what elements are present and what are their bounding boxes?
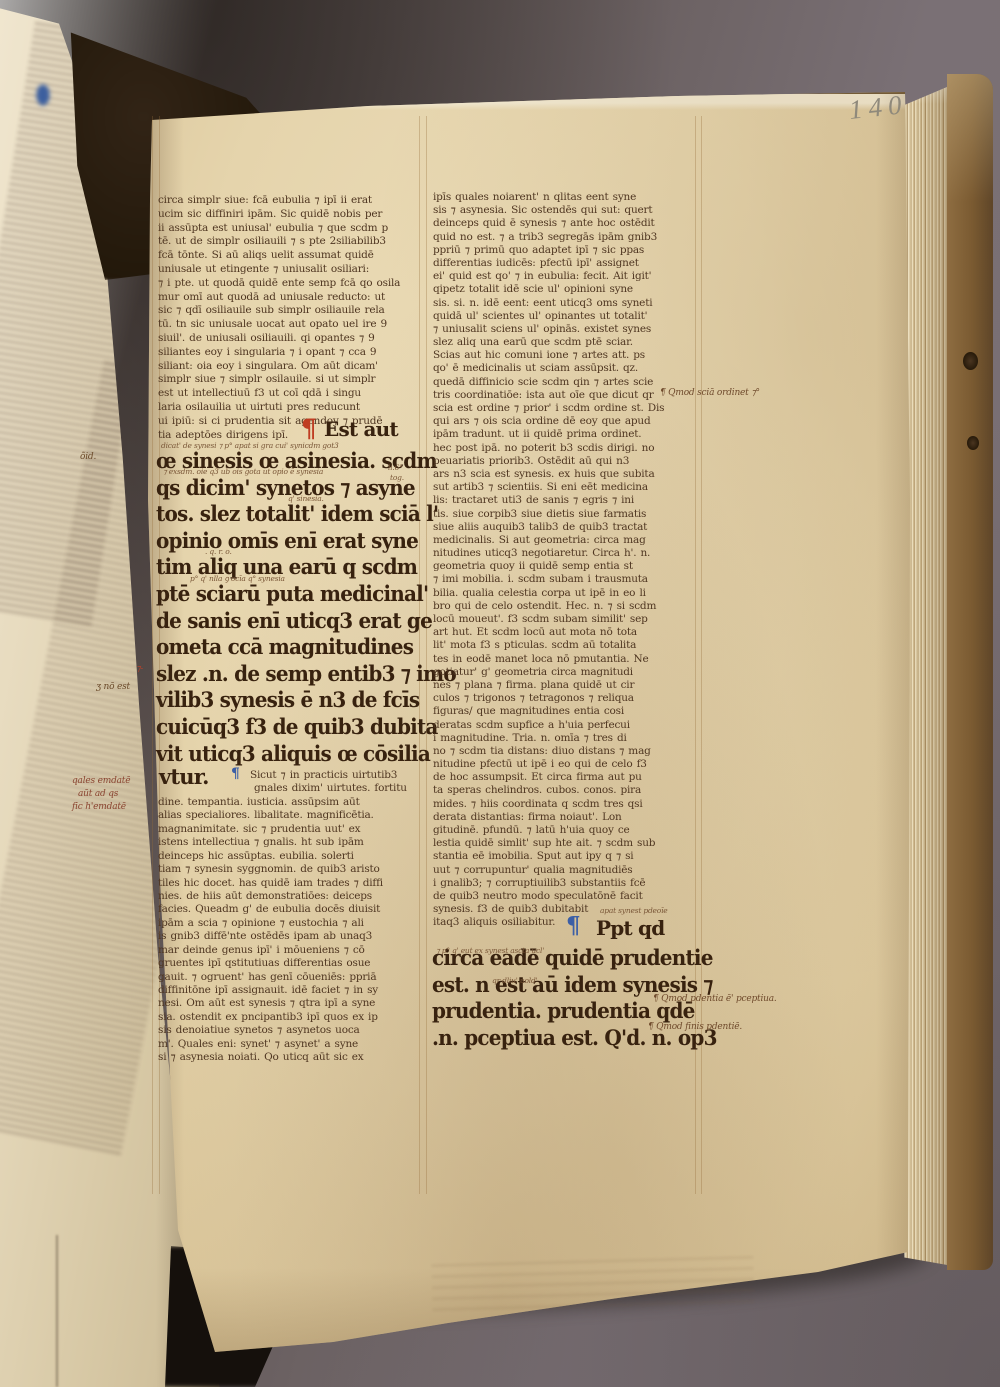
text-line: dine. tempantia. iusticia. assūpsim aūt — [158, 796, 424, 809]
text-line: medicinalis. Si aut geometria: circa mag — [433, 534, 695, 547]
text-line: sis. si. n. idē eent: eent uticq3 oms sy… — [433, 297, 695, 310]
text-line: de hoc assumpsit. Et circa firma aut pu — [433, 771, 695, 784]
facing-page-blue-initial — [36, 84, 50, 106]
text-line: nes ⁊ plana ⁊ firma. plana quidē ut cir — [433, 679, 695, 692]
text-line: slez .n. de semp entib3 ⁊ imo — [156, 660, 428, 688]
text-line: nesi. Om aūt est synesis ⁊ qtra ipī a sy… — [158, 997, 424, 1010]
interlinear-gloss: ⁊ p° q' eut ex synest ascta ucl' — [436, 946, 544, 955]
text-line: peuariatis priorib3. Ostēdit aū qui n3 — [433, 455, 695, 468]
margin-note: aūt ad qs — [78, 789, 118, 799]
left-column-gloss-top: circa simplr siue: fcā eubulia ⁊ ipī ii … — [158, 194, 420, 442]
text-line: gitudinē. pfundū. ⁊ latū h'uia quoy ce — [433, 824, 695, 837]
text-line: ⁊ i pte. ut quodā quidē ente semp fcā qo… — [158, 277, 420, 291]
text-line: tis. siue corpib3 siue dietis siue farma… — [433, 508, 695, 521]
left-column-commentary: Sicut ⁊ in practicis uirtutib3 gnales di… — [158, 769, 424, 1065]
text-line: geometria quoy ii quidē semp entia st — [433, 560, 695, 573]
text-line: simplr siue ⁊ simplr osilauile. si ut si… — [158, 373, 420, 387]
margin-note: ¶ Qmod finis pdentiē. — [648, 1022, 742, 1032]
text-line: nitudines uticq3 negotiaretur. Circa h'.… — [433, 547, 695, 560]
text-line: qui ars ⁊ ois scia ordine dē eoy que apu… — [433, 415, 695, 428]
text-line: ii assūpta est uniusal' eubulia ⁊ que sc… — [158, 222, 420, 236]
text-line: de quib3 neutro modo speculatōnē facit — [433, 890, 695, 903]
text-line: hec post ipā. no poterit b3 scdis dirigi… — [433, 442, 695, 455]
text-line: est ut intellectiuū f3 ut coī qdā i sing… — [158, 387, 420, 401]
text-line: ucim sic diffiniri ipām. Sic quidē nobis… — [158, 208, 420, 222]
text-line: siue aliis auquib3 talib3 de quib3 tract… — [433, 521, 695, 534]
text-line: vilib3 synesis ē n3 de fcīs — [156, 686, 428, 714]
text-line: deratas scdm supfice a h'uia perfecui — [433, 719, 695, 732]
text-line: ometa ccā magnitudines — [156, 633, 428, 661]
text-line: lis: tractaret uti3 de sanis ⁊ egris ⁊ i… — [433, 494, 695, 507]
text-line: differentias iudicēs: pfectū ipī' assign… — [433, 257, 695, 270]
text-line: culos ⁊ trigonos ⁊ tetragonos ⁊ reliqua — [433, 692, 695, 705]
text-line: stantia eē imobilia. Sput aut ipy q ⁊ si — [433, 850, 695, 863]
interlinear-gloss: . q. r. o. — [205, 547, 232, 556]
margin-note: qales emdatē — [72, 776, 130, 786]
text-line: sis ⁊ asynesia. Sic ostendēs qui sut: qu… — [433, 204, 695, 217]
text-line: quid no est. ⁊ a trib3 segregās ipām gni… — [433, 231, 695, 244]
text-line: mar deinde genus ipī' i mōueniens ⁊ cō — [158, 944, 424, 957]
text-line: Scias aut hic comuni ione ⁊ artes att. p… — [433, 349, 695, 362]
text-line: tes in eodē manet loca nō pmutantia. Ne — [433, 653, 695, 666]
text-line: m'. Quales eni: synet' ⁊ asynet' a syne — [158, 1038, 424, 1051]
margin-note: õid. — [80, 452, 96, 462]
text-line: locū moueut'. f3 scdm subam similit' sep — [433, 613, 695, 626]
text-line: circa simplr siue: fcā eubulia ⁊ ipī ii … — [158, 194, 420, 208]
text-line: facies. Queadm g' de eubulia docēs diuis… — [158, 903, 424, 916]
text-line: tos. slez totalit' idem sciā l' — [156, 500, 428, 528]
text-line: alias specialiores. libalitate. magnific… — [158, 809, 424, 822]
text-line: diffinitōne ipī assignauit. idē faciet ⁊… — [158, 984, 424, 997]
text-line: ptē sciarū puta medicinal' — [156, 580, 428, 608]
text-line: de sanis enī uticq3 erat ge — [156, 607, 428, 635]
facing-page-crease — [56, 1235, 58, 1387]
text-line: siliantes eoy i singularia ⁊ i opant ⁊ c… — [158, 346, 420, 360]
text-line: uniusale ut etingente ⁊ uniusalit osilia… — [158, 263, 420, 277]
text-line: gauit. ⁊ ogruent' has genī cōueniēs: ppr… — [158, 971, 424, 984]
interlinear-gloss: ⁊ exsdm. oie q3 ub ois gota ut opio ē sy… — [163, 467, 323, 476]
text-line: ipām tradunt. ut ii quidē prima ordinet. — [433, 428, 695, 441]
text-line: gnales dixim' uirtutes. fortitu — [158, 782, 424, 795]
text-line: figuras/ que magnitudines entia cosi — [433, 705, 695, 718]
text-line: mides. ⁊ hiis coordinata q scdm tres qsi — [433, 798, 695, 811]
text-line: gotiatur' g' geometria circa magnitudi — [433, 666, 695, 679]
show-through-text — [431, 1256, 754, 1318]
text-line: fcā tōnte. Si aū aliqs uelit assumat qui… — [158, 249, 420, 263]
red-paraph-icon: ¶ — [301, 414, 317, 443]
interlinear-gloss: li.6° — [388, 463, 403, 472]
ruling-line — [152, 116, 153, 1194]
text-line: scia est ordine ⁊ prior' i scdm ordine s… — [433, 402, 695, 415]
text-line: magnanimitate. sic ⁊ prudentia uut' ex — [158, 823, 424, 836]
interlinear-gloss: p° q' nlla ꝯ ocīa q° synesia — [190, 574, 285, 584]
text-line: tiles hic docet. has quidē iam trades ⁊ … — [158, 877, 424, 890]
text-line: siliant: oia eoy i singulara. Om aūt dic… — [158, 360, 420, 374]
text-line: ⁊ imi mobilia. i. scdm subam i trausmuta — [433, 573, 695, 586]
margin-note: ¶ Qmod pdentia ē' pceptiua. — [653, 994, 777, 1004]
margin-note: fic h'emdatē — [72, 802, 126, 812]
text-line: uut ⁊ corrupuntur' qualia magnitudiēs — [433, 864, 695, 877]
interlinear-gloss: qr dliu' uold' — [492, 976, 537, 985]
text-line: tē. ut de simplr osiliauili ⁊ s pte 2sil… — [158, 235, 420, 249]
text-line: qipetz totalit idē scie ul' opinioni syn… — [433, 283, 695, 296]
margin-note: ¶ Qmod sciā ordinet ⁊° — [660, 388, 760, 398]
text-line: laria osilauilia ut uirtuti pres reducun… — [158, 401, 420, 415]
margin-note: ʒ nō est — [96, 682, 130, 692]
text-line: deinceps quid ē synesis ⁊ ante hoc ostēd… — [433, 217, 695, 230]
text-line: sia. ostendit ex pncipantib3 ipī quos ex… — [158, 1011, 424, 1024]
text-line: quidā ul' scientes ul' opinantes ut tota… — [433, 310, 695, 323]
text-line: nies. de hiis aūt demonstratiōes: deicep… — [158, 890, 424, 903]
text-line: opinio omīs enī erat syne — [156, 527, 428, 555]
text-line: lit' mota f3 s pticulas. scdm aū totalit… — [433, 639, 695, 652]
text-line: deinceps hic assūptas. eubilia. solerti — [158, 850, 424, 863]
interlinear-gloss: q' sinesia. — [288, 494, 324, 503]
blue-paraph-icon: ¶ — [566, 912, 581, 939]
interlinear-gloss: dicat' de synesi ⁊ p° apat si gra cui' s… — [161, 441, 339, 450]
lemma-incipit: Ppt qd — [596, 916, 664, 940]
text-line: bilia. qualia celestia corpa ut ipē in e… — [433, 587, 695, 600]
text-line: sis denoiatiue synetos ⁊ asynetos uoca — [158, 1024, 424, 1037]
folio-number: 140 — [848, 89, 909, 126]
text-line: tū. tn sic uniusale uocat aut opato uel … — [158, 318, 420, 332]
text-line: cuicūq3 f3 de quib3 dubita — [156, 713, 428, 741]
text-line: is gnib3 diffē'nte ostēdēs ipam ab unaq3 — [158, 930, 424, 943]
cover-clasp-remnant — [963, 352, 978, 370]
text-line: lestia quidē simlit' sup hte ait. ⁊ scdm… — [433, 837, 695, 850]
text-line: ars n3 scia est synesis. ex huis que sub… — [433, 468, 695, 481]
text-line: ipīs quales noiarent' n qlitas eent syne — [433, 191, 695, 204]
cover-clasp-remnant — [967, 436, 979, 450]
margin-note: ⁊- — [136, 664, 143, 674]
interlinear-gloss: tog. — [390, 473, 404, 482]
text-line: bro qui de celo ostendit. Hec. n. ⁊ si s… — [433, 600, 695, 613]
lemma-incipit: Est aut — [324, 417, 398, 441]
text-line: i magnitudine. Tria. n. omīa ⁊ tres di — [433, 732, 695, 745]
text-line: mur omī aut quodā ad uniusale reducto: u… — [158, 291, 420, 305]
text-line: sut artib3 ⁊ scientiis. Si eni eēt medic… — [433, 481, 695, 494]
text-line: i gnalib3; ⁊ corruptiuilib3 substantiis … — [433, 877, 695, 890]
text-line: qo' ē medicinalis ut sciam assūpsit. qz. — [433, 362, 695, 375]
text-line: tiam ⁊ synesin syggnomin. de quib3 arist… — [158, 863, 424, 876]
text-line: no ⁊ scdm tia distans: diuo distans ⁊ ma… — [433, 745, 695, 758]
text-line: art hut. Et scdm locū aut mota nō tota — [433, 626, 695, 639]
text-line: sic ⁊ qdī osiliauile sub simplr osiliaui… — [158, 304, 420, 318]
text-line: ⁊ uniusalit sciens ul' opinās. existet s… — [433, 323, 695, 336]
text-line: si ⁊ asynesia noiati. Qo uticq aūt sic e… — [158, 1051, 424, 1064]
text-line: derata distantias: firma noiaut'. Lon — [433, 811, 695, 824]
text-line: Sicut ⁊ in practicis uirtutib3 — [158, 769, 424, 782]
right-column-commentary: ipīs quales noiarent' n qlitas eent syne… — [433, 191, 695, 930]
text-line: istens intellectiua ⁊ gnalis. ht sub ipā… — [158, 836, 424, 849]
text-line: ipām a scia ⁊ opinione ⁊ eustochia ⁊ ali — [158, 917, 424, 930]
text-line: ta speras chelindros. cubos. conos. pira — [433, 784, 695, 797]
text-line: quedā diffinicio scie scdm qin ⁊ artes s… — [433, 376, 695, 389]
book-cover-right — [947, 74, 993, 1270]
interlinear-gloss: apat synest pdeoīe — [600, 906, 668, 915]
text-line: nitudine pfectū ut ipē i eo qui de celo … — [433, 758, 695, 771]
text-line: ppriū ⁊ primū quo adaptet ipī ⁊ sic ppas — [433, 244, 695, 257]
manuscript-photo: circa simplr siue: fcā eubulia ⁊ ipī ii … — [0, 0, 1000, 1387]
text-line: tris coordinatiōe: ista aut oīe que dicu… — [433, 389, 695, 402]
text-line: ei' quid est qo' ⁊ in eubulia: fecit. Ai… — [433, 270, 695, 283]
commentary-continued: dine. tempantia. iusticia. assūpsim aūta… — [158, 796, 424, 1065]
text-line: siuil'. de uniusali osiliauili. qi opant… — [158, 332, 420, 346]
text-line: gruentes ipī qstitutiuas differentias os… — [158, 957, 424, 970]
text-line: slez aliq una earū que scdm ptē sciar. — [433, 336, 695, 349]
